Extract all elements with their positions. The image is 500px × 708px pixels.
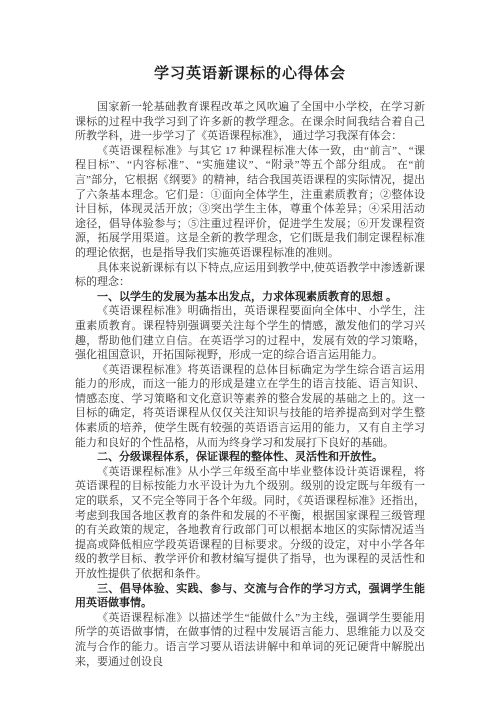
paragraph: 《英语课程标准》从小学三年级至高中毕业整体设计英语课程，将英语课程的目标按能力水… xyxy=(75,465,425,582)
document-page: 学习英语新课标的心得体会 国家新一轮基础教育课程改革之风吹遍了全国中小学校，在学… xyxy=(0,0,500,708)
paragraph: 《英语课程标准》与其它 17 种课程标准大体一致，由“前言”、“课程目标”、“内… xyxy=(75,144,425,261)
section-heading: 一、以学生的发展为基本出发点，力求体现素质教育的思想 。 xyxy=(75,290,425,305)
paragraph: 国家新一轮基础教育课程改革之风吹遍了全国中小学校，在学习新课标的过程中我学习到了… xyxy=(75,100,425,144)
paragraph: 具体来说新课标有以下特点,应运用到教学中,使英语教学中渗透新课标的理念： xyxy=(75,261,425,290)
document-title: 学习英语新课标的心得体会 xyxy=(74,63,426,84)
document-body: 国家新一轮基础教育课程改革之风吹遍了全国中小学校，在学习新课标的过程中我学习到了… xyxy=(75,100,425,669)
paragraph: 《英语课程标准》明确指出，英语课程要面向全体中、小学生，注重素质教育。课程特别强… xyxy=(75,304,425,362)
section-heading: 三、倡导体验、实践、参与、交流与合作的学习方式，强调学生能用英语做事情。 xyxy=(75,582,425,611)
paragraph: 《英语课程标准》以描述学生“能做什么”为主线，强调学生要能用所学的英语做事情，在… xyxy=(75,611,425,669)
paragraph: 《英语课程标准》将英语课程的总体目标确定为学生综合语言运用能力的形成，而这一能力… xyxy=(75,363,425,451)
section-heading: 二、分级课程体系，保证课程的整体性、灵活性和开放性。 xyxy=(75,450,425,465)
